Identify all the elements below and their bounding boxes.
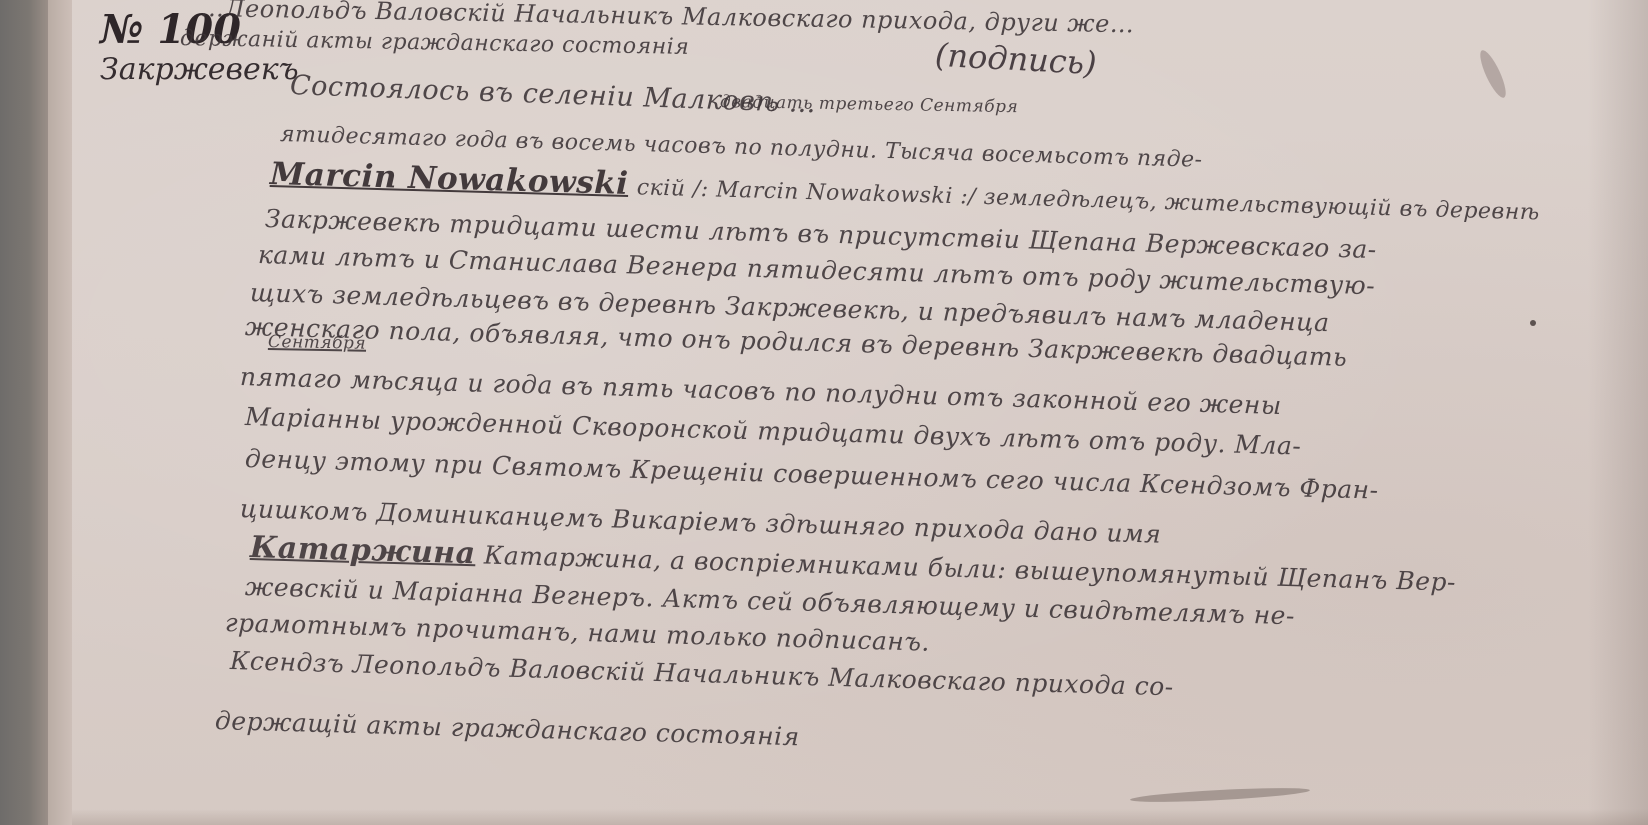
- page-bottom-edge: [72, 809, 1648, 825]
- page-shadow: [1588, 0, 1648, 825]
- margin-village-name: Закржевекъ: [100, 52, 299, 87]
- child-name: Катаржина: [250, 530, 477, 571]
- book-binding: [0, 0, 48, 825]
- page-edge: [48, 0, 73, 825]
- ink-dot: [1530, 320, 1536, 326]
